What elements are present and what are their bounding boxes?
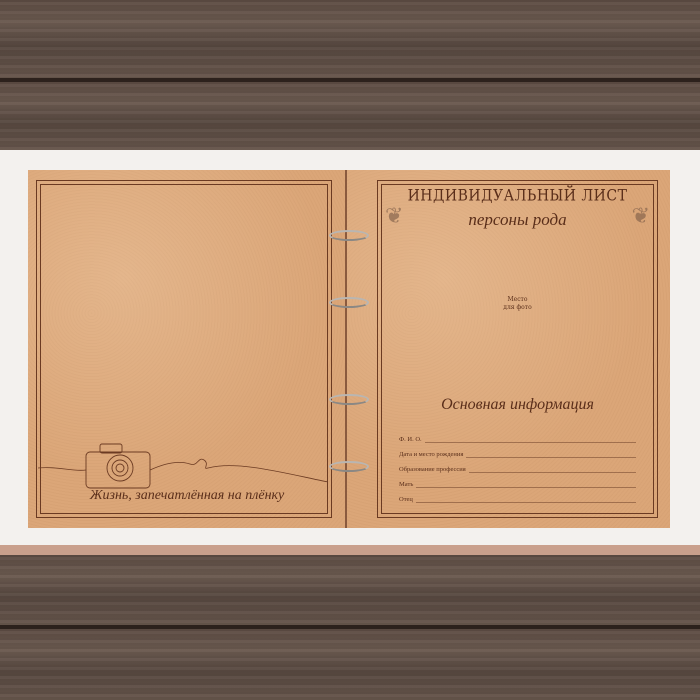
field-label: Отец [399,496,413,503]
photo-placeholder-line2: для фото [377,304,658,312]
field-birth: Дата и место рождения [399,443,636,458]
field-label: Образование профессия [399,466,466,473]
info-fields: Ф. И. О. Дата и место рождения Образован… [399,428,636,503]
field-line [466,451,636,458]
camera-icon [38,430,338,490]
binder-ring [329,394,369,405]
photo-placeholder: Место для фото [377,296,658,312]
wood-plank [0,555,700,625]
field-fio: Ф. И. О. [399,428,636,443]
field-label: Ф. И. О. [399,436,422,443]
wood-plank [0,629,700,700]
field-line [416,481,636,488]
field-father: Отец [399,488,636,503]
field-line [469,466,636,473]
album-edge [0,545,700,555]
binder-spine [345,170,347,528]
field-line [416,496,636,503]
field-line [425,436,636,443]
binder-ring [329,230,369,241]
wood-plank [0,0,700,78]
binder-ring [329,297,369,308]
left-page: Жизнь, запечатлённая на плёнку [28,170,346,528]
page-title: Индивидуальный лист [377,187,658,205]
section-title: Основная информация [377,396,658,414]
right-page: ❦ ❦ Индивидуальный лист персоны рода Мес… [347,170,670,528]
binder-ring [329,461,369,472]
page-subtitle: персоны рода [377,210,658,230]
wood-plank [0,82,700,150]
field-label: Мать [399,481,413,488]
field-label: Дата и место рождения [399,451,463,458]
field-mother: Мать [399,473,636,488]
left-page-caption: Жизнь, запечатлённая на плёнку [28,488,346,504]
photo-placeholder-line1: Место [377,296,658,304]
field-education: Образование профессия [399,458,636,473]
